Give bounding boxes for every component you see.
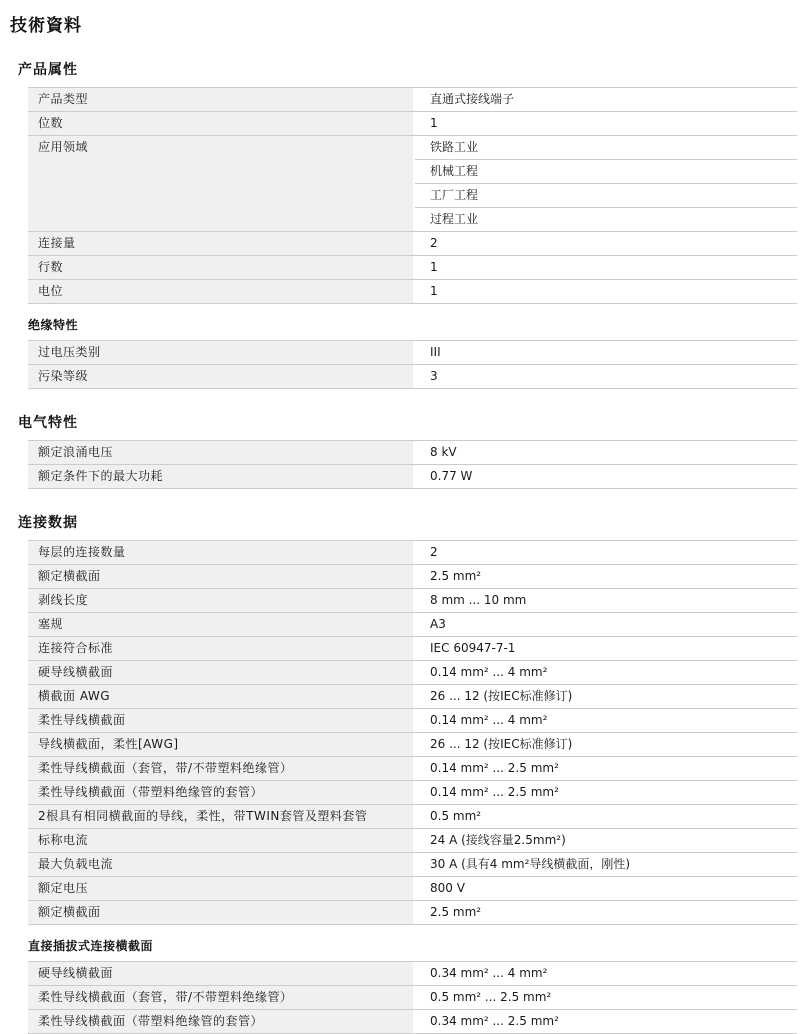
spec-value: 1 [415, 280, 797, 303]
spec-row: 横截面 AWG26 ... 12 (按IEC标准修订) [28, 684, 797, 708]
spec-values: 2.5 mm² [415, 901, 797, 924]
spec-row: 连接符合标准IEC 60947-7-1 [28, 636, 797, 660]
spec-values: 0.14 mm² ... 2.5 mm² [415, 781, 797, 804]
spec-label: 额定横截面 [28, 565, 413, 588]
spec-values: 0.34 mm² ... 2.5 mm² [415, 1010, 797, 1033]
spec-value: 机械工程 [415, 159, 797, 183]
spec-values: 26 ... 12 (按IEC标准修订) [415, 733, 797, 756]
spec-label: 柔性导线横截面（套管，带/不带塑料绝缘管） [28, 757, 413, 780]
spec-row: 连接量2 [28, 231, 797, 255]
spec-row: 2根具有相同横截面的导线，柔性，带TWIN套管及塑料套管0.5 mm² [28, 804, 797, 828]
spec-label: 每层的连接数量 [28, 541, 413, 564]
spec-values: 800 V [415, 877, 797, 900]
spec-values: 1 [415, 280, 797, 303]
spec-values: 1 [415, 112, 797, 135]
spec-table: 额定浪涌电压8 kV额定条件下的最大功耗0.77 W [28, 440, 797, 489]
spec-row: 最大负载电流30 A (具有4 mm²导线横截面，刚性) [28, 852, 797, 876]
spec-row: 硬导线横截面0.34 mm² ... 4 mm² [28, 961, 797, 985]
spec-row: 行数1 [28, 255, 797, 279]
spec-value: 0.5 mm² ... 2.5 mm² [415, 986, 797, 1009]
spec-label: 额定横截面 [28, 901, 413, 924]
spec-row: 位数1 [28, 111, 797, 135]
spec-value: 0.34 mm² ... 4 mm² [415, 962, 797, 985]
spec-value: 2.5 mm² [415, 565, 797, 588]
spec-section: 连接数据每层的连接数量2额定横截面2.5 mm²剥线长度8 mm ... 10 … [0, 512, 800, 1034]
spec-value: A3 [415, 613, 797, 636]
spec-section: 产品属性产品类型直通式接线端子位数1应用领域铁路工业机械工程工厂工程过程工业连接… [0, 59, 800, 389]
spec-row: 柔性导线横截面（带塑料绝缘管的套管）0.14 mm² ... 2.5 mm² [28, 780, 797, 804]
spec-value: 30 A (具有4 mm²导线横截面，刚性) [415, 853, 797, 876]
spec-values: III [415, 341, 797, 364]
spec-value: 1 [415, 256, 797, 279]
spec-values: 直通式接线端子 [415, 88, 797, 111]
spec-label: 硬导线横截面 [28, 962, 413, 985]
spec-values: 0.5 mm² [415, 805, 797, 828]
spec-value: 铁路工业 [415, 136, 797, 159]
spec-section: 电气特性额定浪涌电压8 kV额定条件下的最大功耗0.77 W [0, 412, 800, 489]
spec-values: 0.34 mm² ... 4 mm² [415, 962, 797, 985]
subsection-title: 绝缘特性 [28, 316, 800, 333]
spec-value: IEC 60947-7-1 [415, 637, 797, 660]
spec-row: 额定横截面2.5 mm² [28, 564, 797, 588]
page-title: 技術資料 [10, 11, 800, 36]
spec-value: 8 kV [415, 441, 797, 464]
spec-label: 额定电压 [28, 877, 413, 900]
spec-values: 30 A (具有4 mm²导线横截面，刚性) [415, 853, 797, 876]
spec-values: IEC 60947-7-1 [415, 637, 797, 660]
spec-value: 0.14 mm² ... 2.5 mm² [415, 757, 797, 780]
spec-value: 3 [415, 365, 797, 388]
spec-values: 2.5 mm² [415, 565, 797, 588]
spec-row: 柔性导线横截面（套管，带/不带塑料绝缘管）0.14 mm² ... 2.5 mm… [28, 756, 797, 780]
spec-values: A3 [415, 613, 797, 636]
spec-label: 行数 [28, 256, 413, 279]
subsection-title: 直接插拔式连接横截面 [28, 937, 800, 954]
spec-value: 2.5 mm² [415, 901, 797, 924]
spec-table: 硬导线横截面0.34 mm² ... 4 mm²柔性导线横截面（套管，带/不带塑… [28, 961, 797, 1034]
spec-label: 污染等级 [28, 365, 413, 388]
spec-value: 26 ... 12 (按IEC标准修订) [415, 685, 797, 708]
spec-value: 0.34 mm² ... 2.5 mm² [415, 1010, 797, 1033]
spec-label: 塞规 [28, 613, 413, 636]
spec-row: 额定电压800 V [28, 876, 797, 900]
spec-values: 24 A (接线容量2.5mm²) [415, 829, 797, 852]
spec-label: 额定条件下的最大功耗 [28, 465, 413, 488]
spec-value: 2 [415, 232, 797, 255]
spec-row: 导线横截面，柔性[AWG]26 ... 12 (按IEC标准修订) [28, 732, 797, 756]
spec-values: 8 kV [415, 441, 797, 464]
spec-value: 2 [415, 541, 797, 564]
spec-row: 每层的连接数量2 [28, 540, 797, 564]
spec-value: 8 mm ... 10 mm [415, 589, 797, 612]
spec-values: 0.14 mm² ... 2.5 mm² [415, 757, 797, 780]
spec-row: 柔性导线横截面（带塑料绝缘管的套管）0.34 mm² ... 2.5 mm² [28, 1009, 797, 1033]
spec-value: III [415, 341, 797, 364]
spec-value: 过程工业 [415, 207, 797, 231]
spec-value: 24 A (接线容量2.5mm²) [415, 829, 797, 852]
spec-value: 0.14 mm² ... 4 mm² [415, 661, 797, 684]
spec-label: 连接符合标准 [28, 637, 413, 660]
spec-values: 26 ... 12 (按IEC标准修订) [415, 685, 797, 708]
spec-values: 0.77 W [415, 465, 797, 488]
spec-label: 横截面 AWG [28, 685, 413, 708]
spec-row: 产品类型直通式接线端子 [28, 87, 797, 111]
spec-label: 柔性导线横截面（带塑料绝缘管的套管） [28, 1010, 413, 1033]
spec-value: 工厂工程 [415, 183, 797, 207]
spec-row: 电位1 [28, 279, 797, 303]
spec-label: 连接量 [28, 232, 413, 255]
section-title: 连接数据 [18, 512, 800, 532]
spec-value: 直通式接线端子 [415, 88, 797, 111]
spec-value: 800 V [415, 877, 797, 900]
spec-label: 2根具有相同横截面的导线，柔性，带TWIN套管及塑料套管 [28, 805, 413, 828]
spec-values: 0.14 mm² ... 4 mm² [415, 661, 797, 684]
spec-row: 额定浪涌电压8 kV [28, 440, 797, 464]
spec-row: 塞规A3 [28, 612, 797, 636]
spec-row: 应用领域铁路工业机械工程工厂工程过程工业 [28, 135, 797, 231]
spec-values: 2 [415, 541, 797, 564]
sections-container: 产品属性产品类型直通式接线端子位数1应用领域铁路工业机械工程工厂工程过程工业连接… [0, 59, 800, 1034]
spec-values: 8 mm ... 10 mm [415, 589, 797, 612]
spec-value: 0.14 mm² ... 4 mm² [415, 709, 797, 732]
spec-row: 额定横截面2.5 mm² [28, 900, 797, 924]
spec-label: 最大负载电流 [28, 853, 413, 876]
spec-table: 过电压类别III污染等级3 [28, 340, 797, 389]
section-title: 产品属性 [18, 59, 800, 79]
spec-values: 2 [415, 232, 797, 255]
spec-label: 柔性导线横截面 [28, 709, 413, 732]
spec-row: 柔性导线横截面0.14 mm² ... 4 mm² [28, 708, 797, 732]
spec-row: 污染等级3 [28, 364, 797, 388]
spec-values: 1 [415, 256, 797, 279]
spec-label: 电位 [28, 280, 413, 303]
spec-row: 硬导线横截面0.14 mm² ... 4 mm² [28, 660, 797, 684]
spec-value: 0.5 mm² [415, 805, 797, 828]
spec-row: 剥线长度8 mm ... 10 mm [28, 588, 797, 612]
spec-row: 额定条件下的最大功耗0.77 W [28, 464, 797, 488]
spec-value: 1 [415, 112, 797, 135]
spec-values: 铁路工业机械工程工厂工程过程工业 [415, 136, 797, 231]
spec-label: 额定浪涌电压 [28, 441, 413, 464]
spec-row: 过电压类别III [28, 340, 797, 364]
spec-values: 0.5 mm² ... 2.5 mm² [415, 986, 797, 1009]
spec-label: 剥线长度 [28, 589, 413, 612]
spec-values: 3 [415, 365, 797, 388]
spec-label: 柔性导线横截面（带塑料绝缘管的套管） [28, 781, 413, 804]
spec-label: 过电压类别 [28, 341, 413, 364]
spec-label: 应用领域 [28, 136, 413, 231]
spec-value: 26 ... 12 (按IEC标准修订) [415, 733, 797, 756]
spec-table: 产品类型直通式接线端子位数1应用领域铁路工业机械工程工厂工程过程工业连接量2行数… [28, 87, 797, 304]
spec-label: 硬导线横截面 [28, 661, 413, 684]
spec-table: 每层的连接数量2额定横截面2.5 mm²剥线长度8 mm ... 10 mm塞规… [28, 540, 797, 925]
spec-label: 标称电流 [28, 829, 413, 852]
spec-values: 0.14 mm² ... 4 mm² [415, 709, 797, 732]
spec-label: 导线横截面，柔性[AWG] [28, 733, 413, 756]
section-title: 电气特性 [18, 412, 800, 432]
spec-value: 0.77 W [415, 465, 797, 488]
spec-label: 产品类型 [28, 88, 413, 111]
spec-label: 位数 [28, 112, 413, 135]
spec-row: 柔性导线横截面（套管，带/不带塑料绝缘管）0.5 mm² ... 2.5 mm² [28, 985, 797, 1009]
spec-label: 柔性导线横截面（套管，带/不带塑料绝缘管） [28, 986, 413, 1009]
spec-value: 0.14 mm² ... 2.5 mm² [415, 781, 797, 804]
spec-row: 标称电流24 A (接线容量2.5mm²) [28, 828, 797, 852]
